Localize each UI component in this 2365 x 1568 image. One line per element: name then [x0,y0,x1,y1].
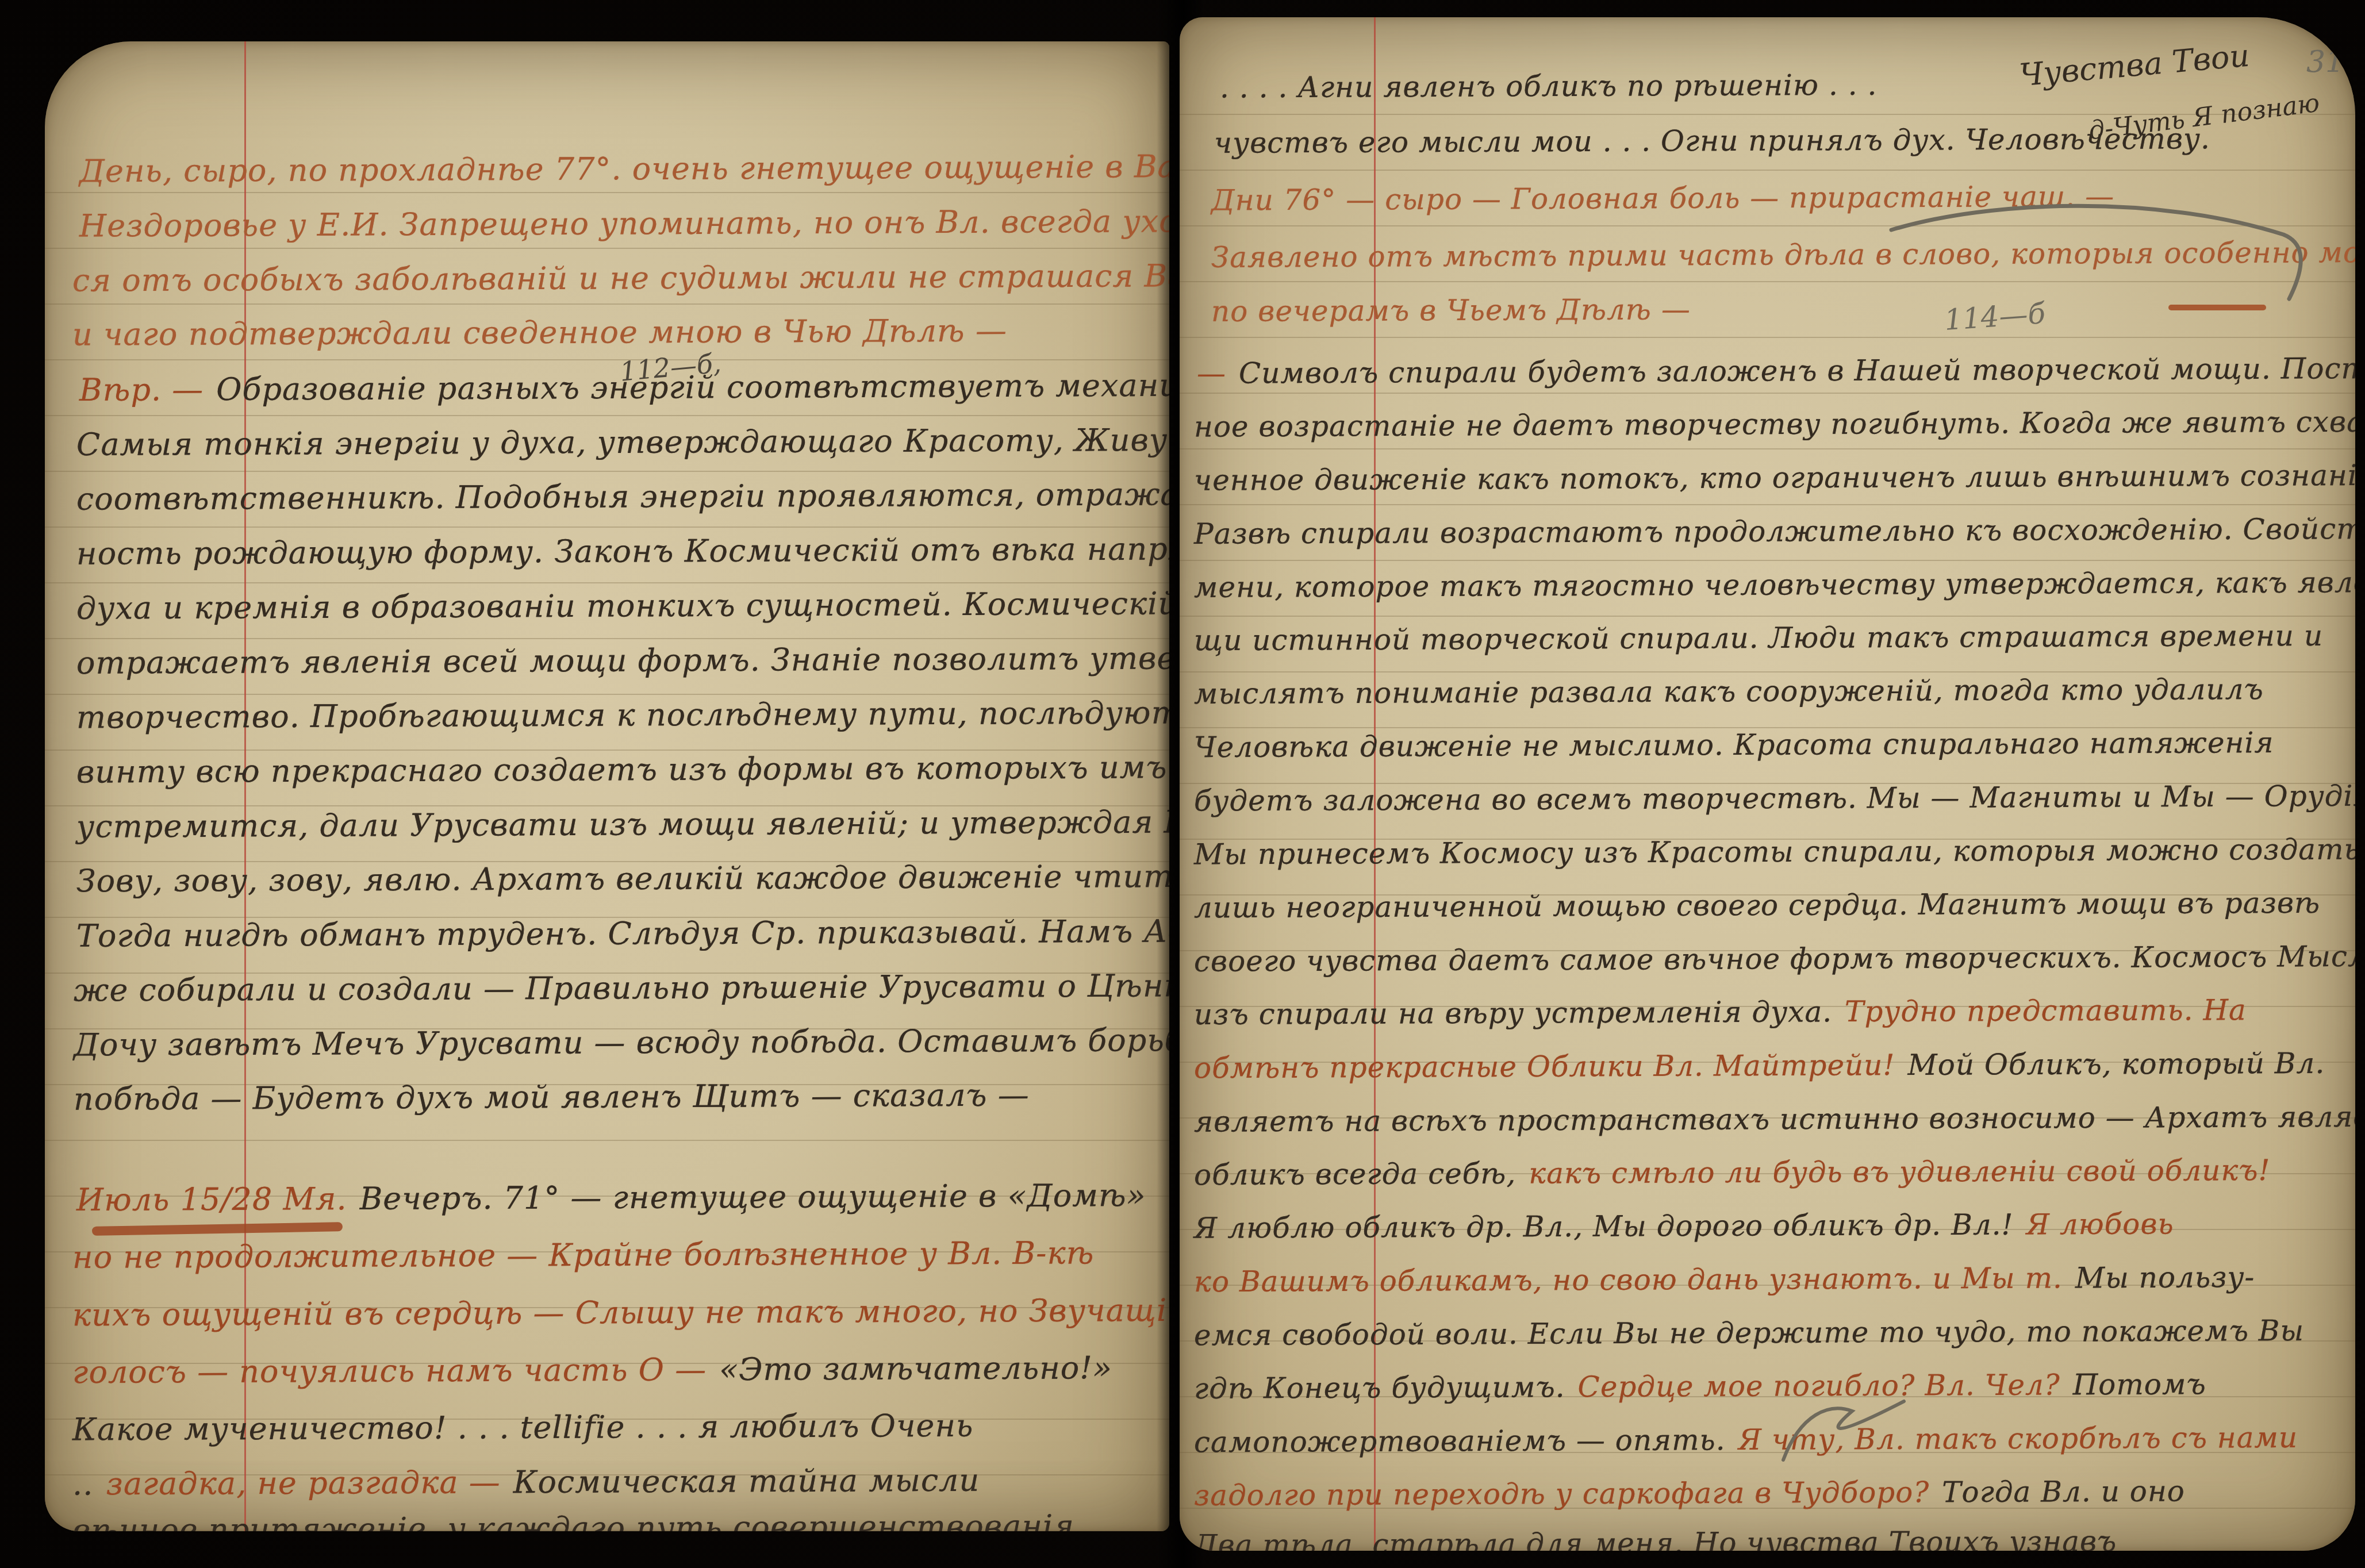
handwriting-segment: соотвѣтственникѣ. Подобныя энергіи прояв… [76,475,1169,517]
handwriting-line: Два тѣла, старѣла для меня. Но чувства Т… [1194,1527,2130,1551]
handwriting-line: лишь неограниченной мощью своего сердца.… [1194,889,2333,923]
handwriting-line: побѣда — Будетъ духъ мой явленъ Щитъ — с… [74,1079,1042,1114]
handwriting-line: День, сыро, по прохладнѣе 77°. очень гне… [79,151,1169,187]
handwriting-segment: ся отъ особыхъ заболѣваній и не судимы ж… [72,258,1169,299]
handwriting-line: ..загадка, не разгадка —Космическая тайн… [72,1465,992,1500]
handwriting-segment: духа и кремнія в образованіи тонкихъ сущ… [76,585,1169,626]
handwriting-segment: вѣчное притяженіе, у каждаго путь соверш… [72,1508,1137,1531]
handwriting-segment: Я люблю обликъ др. Вл., Мы дорого обликъ… [1194,1208,2014,1245]
handwriting-segment: Вечеръ. 71° — гнетущее ощущеніе в «Домѣ» [359,1177,1146,1217]
handwriting-line: Нездоровье у Е.И. Запрещено упоминать, н… [79,205,1169,241]
handwriting-segment: своего чувства даетъ самое вѣчное формъ … [1194,939,2355,978]
handwriting-segment: Мы принесемъ Космосу изъ Красоты спирали… [1194,833,2355,871]
handwriting-line: Июль 15/28 Мя.Вечеръ. 71° — гнетущее ощу… [76,1180,1159,1216]
handwriting-line: Какое мученичество! . . . tellifie . . .… [72,1411,986,1446]
handwriting-segment: Заявлено отъ мѣстъ прими часть дѣла в сл… [1211,235,2355,274]
handwriting-segment: Потомъ [2073,1367,2206,1401]
handwriting-line: мыслятъ пониманіе развала какъ сооружені… [1194,675,2276,708]
handwriting-line: чувствъ его мысли мои . . . Огни принялъ… [1214,124,2223,157]
handwriting-segment: Развѣ спирали возрастаютъ продолжительно… [1194,512,2355,551]
handwriting-line: соотвѣтственникѣ. Подобныя энергіи прояв… [76,478,1169,514]
handwriting-segment: Трудно представить. На [1845,993,2247,1028]
handwriting-line: ко Вашимъ обликамъ, но свою дань узнаютъ… [1194,1263,2267,1296]
handwriting-segment: Человѣка движеніе не мыслимо. Красота сп… [1194,726,2274,764]
handwriting-segment: .. [72,1466,94,1502]
red-dash-flourish [2168,305,2266,310]
handwriting-line: своего чувства даетъ самое вѣчное формъ … [1194,941,2355,976]
handwriting-segment: винту всю прекраснаго создаетъ изъ формы… [76,749,1169,790]
handwriting-segment: Космическая тайна мысли [513,1462,980,1501]
corner-annotation: Чувства Твои [2018,37,2251,94]
handwriting-segment: но не продолжительное — Крайне болѣзненн… [72,1235,1095,1275]
handwriting-segment: Мы пользу- [2075,1260,2255,1294]
handwriting-segment: самопожертвованіемъ — опять. [1194,1423,1726,1459]
handwriting-line: кихъ ощущеній въ сердцѣ — Слышу не такъ … [72,1295,1169,1331]
handwriting-line: Тогда нигдѣ обманъ труденъ. Слѣдуя Ср. п… [76,915,1169,952]
handwriting-line: ность рождающую форму. Законъ Космическі… [76,533,1169,569]
handwriting-segment: будетъ заложена во всемъ творчествѣ. Мы … [1194,779,2355,818]
handwriting-segment: Тогда Вл. и оно [1942,1474,2185,1509]
handwriting-segment: Июль 15/28 Мя. [76,1181,347,1218]
handwriting-segment: ченное движеніе какъ потокъ, кто огранич… [1194,458,2355,497]
handwriting-line: и чаго подтверждали сведенное мною в Чью… [72,315,1020,350]
handwriting-line: ное возрастаніе не даетъ творчеству поги… [1194,407,2355,441]
handwriting-segment: загадка, не разгадка — [106,1464,501,1502]
handwriting-line: духа и кремнія в образованіи тонкихъ сущ… [76,587,1169,624]
handwriting-line: обликъ всегда себѣ,какъ смѣло ли будь въ… [1194,1156,2283,1189]
handwriting-segment: Самыя тонкія энергіи у духа, утверждающа… [76,421,1169,463]
handwriting-line: ся отъ особыхъ заболѣваній и не судимы ж… [72,260,1169,296]
handwriting-line: отражаетъ явленія всей мощи формъ. Знані… [76,642,1169,679]
handwriting-segment: обмѣнъ прекрасные Облики Вл. Майтрейи! [1194,1048,1895,1085]
handwriting-line: будетъ заложена во всемъ творчествѣ. Мы … [1194,781,2355,815]
handwriting-segment: же собирали и создали — Правильно рѣшені… [74,967,1169,1008]
handwriting-segment: Тогда нигдѣ обманъ труденъ. Слѣдуя Ср. п… [76,912,1169,954]
handwriting-line: щи истинной творческой спирали. Люди так… [1194,621,2336,655]
handwriting-line: ченное движеніе какъ потокъ, кто огранич… [1194,460,2355,494]
handwriting-segment: «Это замѣчательно!» [719,1350,1112,1388]
handwriting-line: Дни 76° — сыро — Головная боль — прираст… [1211,182,2127,215]
handwriting-line: винту всю прекраснаго создаетъ изъ формы… [76,751,1169,787]
handwriting-segment: задолго при переходѣ у саркофага в Чудбо… [1194,1475,1929,1512]
handwriting-segment: Какое мученичество! . . . tellifie . . .… [72,1408,974,1448]
handwriting-segment: Сердце мое погибло? Вл. Чел? [1577,1368,2060,1404]
handwriting-line: являетъ на всѣхъ пространствахъ истинно … [1194,1102,2355,1136]
handwriting-line: Мы принесемъ Космосу изъ Красоты спирали… [1194,835,2355,869]
handwriting-line: задолго при переходѣ у саркофага в Чудбо… [1194,1477,2198,1510]
handwriting-line: но не продолжительное — Крайне болѣзненн… [72,1238,1107,1273]
handwriting-segment: голосъ — почуялись намъ часть О — [72,1351,707,1390]
handwriting-segment: ко Вашимъ обликамъ, но свою дань узнаютъ… [1194,1261,2063,1298]
handwriting-segment: День, сыро, по прохладнѣе 77°. очень гне… [79,148,1169,190]
handwriting-segment: отражаетъ явленія всей мощи формъ. Знані… [76,639,1169,681]
reference-note-114b: 114—б [1943,297,2047,337]
handwriting-segment: Дочу завѣтъ Мечъ Урусвати — всюду побѣда… [74,1022,1169,1063]
handwriting-segment: Зову, зову, зову, явлю. Архатъ великій к… [76,858,1169,900]
handwriting-line: Развѣ спирали возрастаютъ продолжительно… [1194,514,2355,548]
handwriting-line: изъ спирали на вѣру устремленія духа.Тру… [1194,996,2259,1029]
handwriting-segment: побѣда — Будетъ духъ мой явленъ Щитъ — с… [74,1077,1030,1117]
handwriting-segment: Два тѣла, старѣла для меня. Но чувства Т… [1194,1525,2117,1551]
handwriting-segment: ное возрастаніе не даетъ творчеству поги… [1194,405,2355,444]
handwriting-line: самопожертвованіемъ — опять.Я чту, Вл. т… [1194,1423,2310,1456]
handwriting-line: Человѣка движеніе не мыслимо. Красота сп… [1194,728,2287,762]
handwriting-line: Я люблю обликъ др. Вл., Мы дорого обликъ… [1194,1209,2187,1243]
handwriting-line: голосъ — почуялись намъ часть О —«Это за… [72,1352,1125,1388]
handwriting-segment: творчество. Пробѣгающимся к послѣднему п… [76,694,1169,735]
handwriting-segment: . . . . Агни явленъ обликъ по рѣшенію . … [1220,68,1878,105]
handwriting-segment: являетъ на всѣхъ пространствахъ истинно … [1194,1100,2355,1138]
handwriting-segment: Нездоровье у Е.И. Запрещено упоминать, н… [79,203,1169,244]
handwriting-line: Заявлено отъ мѣстъ прими часть дѣла в сл… [1211,237,2355,272]
handwriting-segment: устремится, дали Урусвати изъ мощи явлен… [76,803,1169,844]
handwriting-line: емся свободой воли. Если Вы не держите т… [1194,1316,2317,1350]
handwriting-line: Дочу завѣтъ Мечъ Урусвати — всюду побѣда… [74,1025,1169,1061]
handwriting-line: творчество. Пробѣгающимся к послѣднему п… [76,697,1169,733]
handwriting-segment: по вечерамъ в Чьемъ Дѣлѣ — [1211,293,1691,328]
handwriting-line: устремится, дали Урусвати изъ мощи явлен… [76,806,1169,842]
handwriting-segment: чувствъ его мысли мои . . . Огни принялъ… [1214,122,2210,160]
handwriting-segment: мени, которое такъ тягостно человѣчеству… [1194,565,2355,604]
handwriting-segment: Дни 76° — сыро — Головная боль — прираст… [1211,180,2114,217]
handwriting-line: Самыя тонкія энергіи у духа, утверждающа… [76,424,1169,460]
handwriting-line: Зову, зову, зову, явлю. Архатъ великій к… [76,861,1169,897]
handwriting-line: мени, которое такъ тягостно человѣчеству… [1194,567,2355,602]
right-page: . . . . Агни явленъ обликъ по рѣшенію . … [1180,17,2355,1551]
handwriting-line: гдѣ Конецъ будущимъ.Сердце мое погибло? … [1194,1370,2219,1403]
handwriting-line: же собирали и создали — Правильно рѣшені… [74,970,1169,1006]
handwriting-segment: гдѣ Конецъ будущимъ. [1194,1370,1565,1405]
handwriting-segment: и чаго подтверждали сведенное мною в Чью… [72,313,1007,353]
handwriting-segment: Я чту, Вл. такъ скорбѣлъ съ нами [1738,1421,2298,1456]
handwriting-line: по вечерамъ в Чьемъ Дѣлѣ — [1211,295,1703,326]
handwriting-segment: какъ смѣло ли будь въ удивленіи свой обл… [1529,1154,2271,1190]
handwriting-line: . . . . Агни явленъ обликъ по рѣшенію . … [1220,70,1890,102]
notebook-spread-photo: День, сыро, по прохладнѣе 77°. очень гне… [0,0,2365,1568]
page-number: 31 [2306,45,2344,79]
handwriting-segment: изъ спирали на вѣру устремленія духа. [1194,995,1832,1031]
handwriting-segment: обликъ всегда себѣ, [1194,1157,1516,1192]
handwriting-segment: Я любовь [2026,1207,2174,1241]
handwriting-segment: кихъ ощущеній въ сердцѣ — Слышу не такъ … [72,1292,1169,1333]
handwriting-line: —Символъ спирали будетъ заложенъ в Нашей… [1197,353,2355,388]
handwriting-segment: Символъ спирали будетъ заложенъ в Нашей … [1239,351,2355,390]
handwriting-segment: Вѣр. — [79,371,204,408]
handwriting-line: вѣчное притяженіе, у каждаго путь соверш… [72,1511,1150,1531]
handwriting-segment: щи истинной творческой спирали. Люди так… [1194,619,2323,658]
handwriting-segment: — [1197,357,1226,390]
red-underline-flourish [92,1222,343,1236]
handwriting-segment: лишь неограниченной мощью своего сердца.… [1194,886,2320,925]
handwriting-segment: Мой Обликъ, который Вл. [1907,1047,2325,1082]
handwriting-segment: мыслятъ пониманіе развала какъ сооружені… [1194,672,2264,710]
handwriting-line: обмѣнъ прекрасные Облики Вл. Майтрейи!Мо… [1194,1049,2337,1083]
handwriting-segment: емся свободой воли. Если Вы не держите т… [1194,1314,2305,1352]
handwriting-segment: ность рождающую форму. Законъ Космическі… [76,530,1169,571]
left-page: День, сыро, по прохладнѣе 77°. очень гне… [45,41,1169,1531]
